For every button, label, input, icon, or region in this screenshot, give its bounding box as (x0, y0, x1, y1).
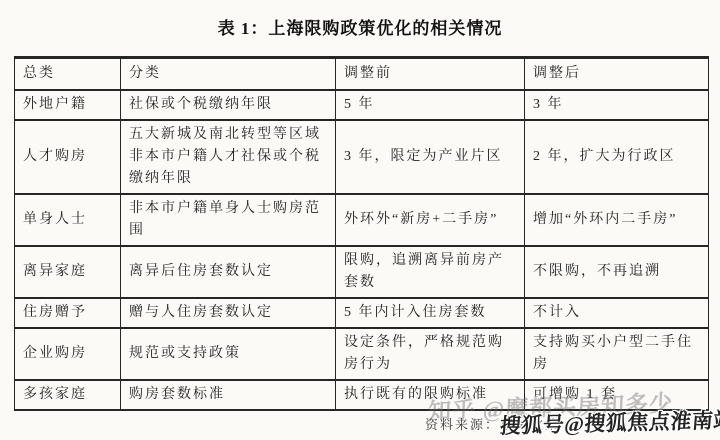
page: 表 1：上海限购政策优化的相关情况 总类分类调整前调整后 外地户籍社保或个税缴纳… (0, 0, 720, 440)
table-cell: 不限购，不再追溯 (525, 246, 709, 298)
table-cell: 3 年，限定为产业片区 (336, 120, 525, 194)
table-cell: 外环外“新房+二手房” (336, 194, 525, 246)
table-cell: 多孩家庭 (15, 380, 121, 410)
table-cell: 2 年，扩大为行政区 (525, 120, 709, 194)
table-row: 住房赠予赠与人住房套数认定5 年内计入住房套数不计入 (15, 298, 709, 328)
table-cell: 5 年 (336, 90, 525, 120)
table-cell: 外地户籍 (15, 90, 121, 120)
table-cell: 人才购房 (15, 120, 121, 194)
policy-table: 总类分类调整前调整后 外地户籍社保或个税缴纳年限5 年3 年人才购房五大新城及南… (14, 56, 709, 411)
table-cell: 住房赠予 (15, 298, 121, 328)
table-cell: 离异家庭 (15, 246, 121, 298)
table-cell: 企业购房 (15, 328, 121, 380)
table-row: 企业购房规范或支持政策设定条件，严格规范购房行为支持购买小户型二手住房 (15, 328, 709, 380)
table-cell: 规范或支持政策 (121, 328, 336, 380)
table-row: 单身人士非本市户籍单身人士购房范围外环外“新房+二手房”增加“外环内二手房” (15, 194, 709, 246)
table-row: 离异家庭离异后住房套数认定限购，追溯离异前房产套数不限购，不再追溯 (15, 246, 709, 298)
column-header: 分类 (121, 58, 336, 91)
table-cell: 3 年 (525, 90, 709, 120)
table-cell: 离异后住房套数认定 (121, 246, 336, 298)
table-cell: 单身人士 (15, 194, 121, 246)
table-cell: 支持购买小户型二手住房 (525, 328, 709, 380)
table-row: 人才购房五大新城及南北转型等区域非本市户籍人才社保或个税缴纳年限3 年，限定为产… (15, 120, 709, 194)
table-cell: 设定条件，严格规范购房行为 (336, 328, 525, 380)
table-row: 外地户籍社保或个税缴纳年限5 年3 年 (15, 90, 709, 120)
column-header: 调整前 (336, 58, 525, 91)
table-cell: 社保或个税缴纳年限 (121, 90, 336, 120)
header-row: 总类分类调整前调整后 (15, 58, 709, 91)
table-cell: 五大新城及南北转型等区域非本市户籍人才社保或个税缴纳年限 (121, 120, 336, 194)
table-cell: 不计入 (525, 298, 709, 328)
table-cell: 5 年内计入住房套数 (336, 298, 525, 328)
watermark-sohu: 搜狐号@搜狐焦点淮南站 (499, 404, 720, 440)
table-title: 表 1：上海限购政策优化的相关情况 (0, 14, 720, 39)
table-cell: 赠与人住房套数认定 (121, 298, 336, 328)
table-cell: 增加“外环内二手房” (525, 194, 709, 246)
column-header: 总类 (15, 58, 121, 91)
column-header: 调整后 (525, 58, 709, 91)
table-cell: 购房套数标准 (121, 380, 336, 410)
table-cell: 限购，追溯离异前房产套数 (336, 246, 525, 298)
table-cell: 非本市户籍单身人士购房范围 (121, 194, 336, 246)
